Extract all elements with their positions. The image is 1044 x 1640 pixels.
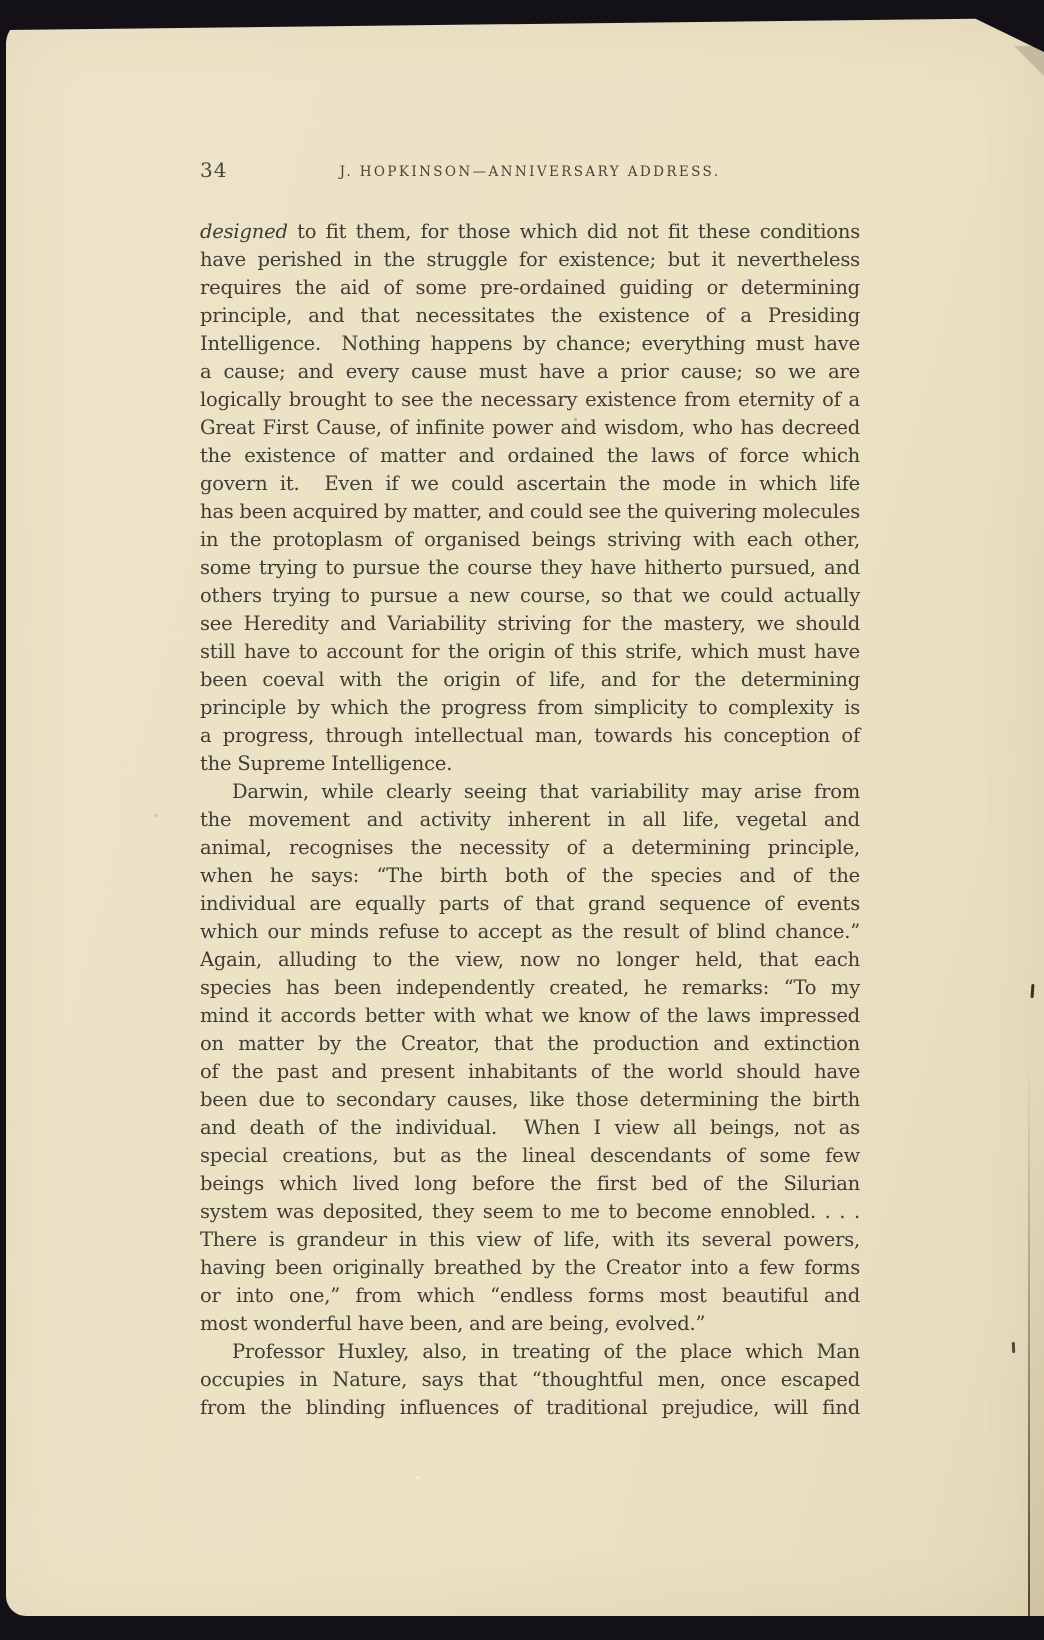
running-header: J. HOPKINSON—ANNIVERSARY ADDRESS. (340, 160, 721, 184)
page-header-row: 34 J. HOPKINSON—ANNIVERSARY ADDRESS. (200, 160, 860, 184)
text-line: occupies in Nature, says that “thoughtfu… (200, 1366, 860, 1394)
ink-mark (1031, 984, 1035, 998)
text-block: designed to fit them, for those which di… (200, 218, 860, 1422)
text-line: requires the aid of some pre-ordained gu… (200, 274, 860, 302)
text-line: the movement and activity inherent in al… (200, 806, 860, 834)
text-line: individual are equally parts of that gra… (200, 890, 860, 918)
text-line: have perished in the struggle for existe… (200, 246, 860, 274)
page-edge-crease (1028, 1058, 1030, 1616)
text-line: most wonderful have been, and are being,… (200, 1310, 860, 1338)
text-line: Intelligence. Nothing happens by chance;… (200, 330, 860, 358)
text-line: when he says: “The birth both of the spe… (200, 862, 860, 890)
text-line: Again, alluding to the view, now no long… (200, 946, 860, 974)
text-line: beings which lived long before the first… (200, 1170, 860, 1198)
paper-speck (154, 814, 158, 817)
text-line: see Heredity and Variability striving fo… (200, 610, 860, 638)
text-line: mind it accords better with what we know… (200, 1002, 860, 1030)
text-line: on matter by the Creator, that the produ… (200, 1030, 860, 1058)
text-line: been due to secondary causes, like those… (200, 1086, 860, 1114)
paragraph: designed to fit them, for those which di… (200, 218, 860, 778)
text-line: from the blinding influences of traditio… (200, 1394, 860, 1422)
scanned-book-photo: { "colors": { "background": "#131117", "… (0, 0, 1044, 1640)
text-line: Great First Cause, of infinite power and… (200, 414, 860, 442)
paper-speck (574, 418, 577, 421)
text-line: and death of the individual. When I view… (200, 1114, 860, 1142)
text-line: the Supreme Intelligence. (200, 750, 860, 778)
page-number: 34 (200, 158, 227, 182)
slanted-top-edge (6, 18, 1044, 30)
text-line: animal, recognises the necessity of a de… (200, 834, 860, 862)
text-line: There is grandeur in this view of life, … (200, 1226, 860, 1254)
text-line: Professor Huxley, also, in treating of t… (200, 1338, 860, 1366)
text-line: still have to account for the origin of … (200, 638, 860, 666)
text-line: principle by which the progress from sim… (200, 694, 860, 722)
paragraph: Professor Huxley, also, in treating of t… (200, 1338, 860, 1422)
text-line: a cause; and every cause must have a pri… (200, 358, 860, 386)
text-line: has been acquired by matter, and could s… (200, 498, 860, 526)
text-line: of the past and present inhabitants of t… (200, 1058, 860, 1086)
text-line: some trying to pursue the course they ha… (200, 554, 860, 582)
text-line: Darwin, while clearly seeing that variab… (200, 778, 860, 806)
text-line: which our minds refuse to accept as the … (200, 918, 860, 946)
book-page: 34 J. HOPKINSON—ANNIVERSARY ADDRESS. des… (6, 18, 1044, 1616)
text-line: principle, and that necessitates the exi… (200, 302, 860, 330)
paragraph: Darwin, while clearly seeing that variab… (200, 778, 860, 1338)
corner-fold-shadow (1014, 46, 1044, 76)
text-line: govern it. Even if we could ascertain th… (200, 470, 860, 498)
text-line: species has been independently created, … (200, 974, 860, 1002)
paper-speck (416, 1476, 420, 1479)
text-line: logically brought to see the necessary e… (200, 386, 860, 414)
text-line: others trying to pursue a new course, so… (200, 582, 860, 610)
ink-mark (1012, 1342, 1016, 1353)
text-line: system was deposited, they seem to me to… (200, 1198, 860, 1226)
page-edge-shading (1030, 1058, 1044, 1616)
text-line: designed to fit them, for those which di… (200, 218, 860, 246)
text-line: or into one,” from which “endless forms … (200, 1282, 860, 1310)
text-line: in the protoplasm of organised beings st… (200, 526, 860, 554)
text-line: a progress, through intellectual man, to… (200, 722, 860, 750)
text-line: the existence of matter and ordained the… (200, 442, 860, 470)
text-line: special creations, but as the lineal des… (200, 1142, 860, 1170)
text-line: having been originally breathed by the C… (200, 1254, 860, 1282)
text-line: been coeval with the origin of life, and… (200, 666, 860, 694)
